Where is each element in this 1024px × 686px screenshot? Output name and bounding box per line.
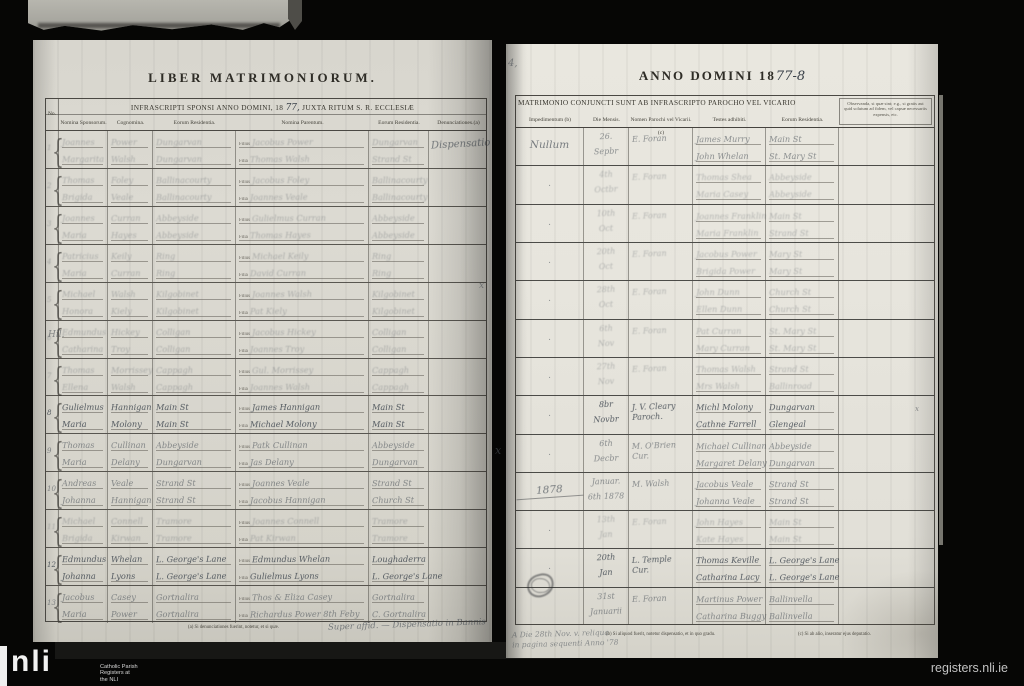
handwritten-text: Main St [156,419,189,429]
entry-line: Cappagh [372,361,424,376]
handwritten-text: Margaret Delany [696,457,767,468]
priest-cell: E. Foran [629,320,693,357]
entry-line: Abbeyside [372,209,424,224]
surname-cell: VealeHannigan [108,472,153,509]
entry-line: Ellen Dunn [696,300,761,315]
entry-line: Dungarvan [372,453,424,468]
handwritten-text: Tramore [156,533,192,543]
residence-cell: TramoreTramore [153,510,236,547]
row-number: 9 [47,447,51,455]
handwritten-text: Cappagh [372,381,409,391]
entry-line: Dungarvan [769,398,834,413]
entry-line: Gortnalira [156,605,231,620]
date-text: 6th [584,437,628,451]
entry-line: Main St [769,130,834,145]
entry-line: Hickey [111,323,148,338]
entry-line: Abbeyside [372,226,424,241]
row-number-cell: 8{ [46,396,59,433]
parents-residence-cell: LoughaderraL. George's Lane [369,548,429,585]
date-text: 13th [584,513,628,527]
handwritten-text: Michael [62,289,95,299]
handwritten-text: L. George's Lane [769,572,840,583]
handwritten-text: Brigida [62,533,93,543]
handwritten-text: C. Gortnalira [372,609,426,619]
handwritten-text: Colligan [156,343,191,353]
surname-cell: CaseyPower [108,586,153,623]
surname-cell: FoleyVeale [108,169,153,206]
priest-cell: E. Foran [629,281,693,318]
relation-label: Filius [239,180,250,185]
handwritten-text: Jas Delany [250,457,294,467]
entry-line: Veale [111,188,148,203]
handwritten-text: Ballinacourty [156,192,212,202]
entry-line: Ring [372,247,424,262]
parents-residence-cell: DungarvanStrand St [369,131,429,168]
observations-cell [839,358,936,395]
handwritten-text: Ring [372,268,391,278]
handwritten-text: Gortnalira [156,609,199,619]
entry-line: Colligan [156,323,231,338]
witness-residence-cell: Mary StMary St [766,243,839,280]
handwritten-text: Ring [372,251,391,261]
handwritten-text: Glengeal [769,419,806,429]
impediment-dot: . [516,524,583,534]
left-col-header: Nomina Parentum. [236,115,369,130]
entry-line: Cappagh [372,378,424,393]
handwritten-text: Main St [769,134,802,144]
row-number-cell: 9{ [46,434,59,471]
handwritten-text: Joannes Walsh [250,381,310,392]
handwritten-text: Jacobus Power [252,137,313,148]
priest-cell: E. Foran [629,243,693,280]
handwritten-text: Ballinvella [769,611,813,621]
impediment-cell: . [516,396,584,433]
handwritten-text: Edmundus Whelan [252,554,330,565]
surname-cell: CurranHayes [108,207,153,244]
handwritten-text: Dungarvan [769,457,815,467]
row-number-cell: 4{ [46,245,59,282]
entry-line: Kirwan [111,529,148,544]
handwritten-text: Joannes Connell [252,516,319,527]
entry-line: FiliusJacobus Hickey [239,323,364,338]
handwritten-text: L. George's Lane [156,571,227,582]
ceremony-row-1: Nullum26.SepbrE. ForanJames MurryJohn Wh… [516,128,934,165]
handwritten-text: Hayes [111,230,137,240]
entry-line: Martinus Power [696,590,761,605]
entry-line: Main St [156,398,231,413]
year-heading: 1878 [516,481,584,500]
relation-label: Filia [239,500,248,505]
handwritten-text: Strand St [156,495,196,505]
residence-cell: Main StMain St [153,396,236,433]
handwritten-text: Maria [62,230,87,240]
parents-cell: FiliusMichael KeilyFiliaDavid Curran [236,245,369,282]
observations-note-box: Observanda, si quæ sint; e.g., si gratis… [839,98,932,125]
handwritten-text: Dungarvan [372,457,418,467]
entry-line: Thomas [62,361,103,376]
entry-line: Michael Cullinan [696,437,761,452]
impediment-cell [516,588,584,625]
handwritten-text: Thomas Shea [696,172,752,182]
entry-line: St. Mary St [769,322,834,337]
priest-name: E. Foran [632,286,690,298]
ceremony-row-3: .10thOctE. ForanJoannes FranklinMaria Fr… [516,204,934,242]
right-header-band: MATRIMONIO CONJUNCTI SUNT AB INFRASCRIPT… [516,96,934,114]
entry-line: Brigida Power [696,262,761,277]
entry-line: FiliaJoannes Troy [239,340,364,355]
entry-line: Catharina [62,340,103,355]
date-text: Decbr [584,452,628,466]
band-post: JUXTA RITUM S. R. ECCLESIÆ [302,103,414,112]
impediment-dot: . [516,371,583,381]
entry-line: FiliusPatk Cullinan [239,436,364,451]
relation-label: Filia [239,462,248,467]
entry-line: Edmundus [62,323,103,338]
witnesses-cell: Michael CullinanMargaret Delany [693,435,766,472]
parents-residence-cell: KilgobinetKilgobinet [369,283,429,320]
observations-cell [839,166,936,203]
witnesses-cell: James MurryJohn Whelan [693,128,766,165]
pencil-mark: Hil. [48,330,64,340]
handwritten-text: Michael Keily [252,251,309,261]
entry-line: Jacobus [62,588,103,603]
handwritten-text: Main St [156,402,189,412]
entry-line: FiliusGul. Morrissey [239,361,364,376]
entry-line: FiliusJacobus Power [239,133,364,148]
observations-cell [839,205,936,242]
handwritten-text: Cullinan [111,440,146,450]
handwritten-text: Kilgobinet [156,306,199,316]
row-number-cell: 10{ [46,472,59,509]
relation-label: Filia [239,614,248,619]
parents-residence-cell: AbbeysideAbbeyside [369,207,429,244]
entry-line: FiliaPat Kiely [239,302,364,317]
date-text: 27th [584,360,628,374]
date-cell: 20thJan [584,549,629,586]
entry-line: Abbeyside [769,168,834,183]
entry-line: Tramore [372,529,424,544]
spouse-name-cell: JoannesMargarita [59,131,108,168]
relation-label: Filia [239,424,248,429]
impediment-dot: . [516,409,583,419]
residence-cell: AbbeysideDungarvan [153,434,236,471]
handwritten-text: Maria Franklin [696,227,759,238]
handwritten-text: Church St [769,304,811,314]
priest-cell: E. Foran [629,205,693,242]
observations-cell [839,473,936,510]
date-text: 6th 1878 [584,490,628,504]
entry-line: Main St [372,415,424,430]
witnesses-cell: Thomas KevilleCatharina Lacy [693,549,766,586]
row-number-cell: 1{ [46,131,59,168]
entry-line: Ellena [62,378,103,393]
entry-line: Strand St [156,474,231,489]
handwritten-text: Martinus Power [696,593,762,604]
date-text: Jan [584,528,628,542]
entry-line: Maria [62,605,103,620]
handwritten-text: Mary St [769,266,802,276]
residence-cell: GortnaliraGortnalira [153,586,236,623]
spouse-name-cell: ThomasMaria [59,434,108,471]
spouse-name-cell: MichaelHonora [59,283,108,320]
entry-line: FiliusJacobus Foley [239,171,364,186]
handwritten-text: Church St [372,495,414,505]
marriage-row-6: 6{EdmundusCatharinaHickeyTroyColliganCol… [46,320,486,358]
handwritten-text: Connell [111,516,143,526]
date-cell: 31stJanuarii [584,588,629,625]
handwritten-text: St. Mary St [769,151,817,161]
handwritten-text: Ellen Dunn [696,304,742,314]
entry-line: Jacobus Power [696,245,761,260]
handwritten-text: Main St [372,419,405,429]
entry-line: Michael [62,285,103,300]
entry-line: Abbeyside [156,436,231,451]
witness-residence-cell: St. Mary StSt. Mary St [766,320,839,357]
date-text: 10th [584,207,628,221]
pencil-mark: 4, [508,58,518,69]
entry-line: Cullinan [111,436,148,451]
handwritten-text: St. Mary St [769,325,817,335]
handwritten-text: Main St [769,534,802,544]
entry-line: Margaret Delany [696,454,761,469]
handwritten-text: Edmundus [62,326,106,336]
entry-line: Ballinacourty [156,171,231,186]
marriage-row-3: 3{JoannesMariaCurranHayesAbbeysideAbbeys… [46,206,486,244]
pencil-mark: x [495,444,501,457]
witness-residence-cell: AbbeysideDungarvan [766,435,839,472]
relation-label: Filia [239,349,248,354]
impediment-cell: . [516,435,584,472]
date-text: Nov [584,337,628,351]
date-text: Novbr [584,413,628,427]
handwritten-text: James Hannigan [252,402,320,413]
entry-line: L. George's Lane [769,568,834,583]
entry-line: Main St [769,530,834,545]
date-text: 20th [584,245,628,259]
right-page: ANNO DOMINI 1877-8 MATRIMONIO CONJUNCTI … [506,44,938,658]
entry-line: Morrissey [111,361,148,376]
priest-cell: M. Walsh [629,473,693,510]
handwritten-text: John Dunn [696,287,740,297]
right-col-header: Nomen Parochi vel Vicarii.(c) [629,114,693,127]
ceremony-row-6: .6thNovE. ForanPat CurranMary CurranSt. … [516,319,934,357]
observations-cell [839,320,936,357]
spouse-name-cell: ThomasEllena [59,359,108,396]
marriage-row-1: 1{JoannesMargaritaPowerWalshDungarvanDun… [46,131,486,168]
handwritten-text: Gulielmus Lyons [250,571,319,582]
row-number: 5 [47,296,51,304]
entry-line: Ring [156,247,231,262]
impediment-cell: . [516,243,584,280]
handwritten-text: Richardus Power 8th Feby [250,609,360,620]
entry-line: Dungarvan [769,454,834,469]
parents-cell: FiliusEdmundus WhelanFiliaGulielmus Lyon… [236,548,369,585]
ceremony-row-2: .4thOctbrE. ForanThomas SheaMaria CaseyA… [516,165,934,203]
entry-line: Thomas Walsh [696,360,761,375]
parents-cell: FiliusJacobus PowerFiliaThomas Walsh [236,131,369,168]
entry-line: Maria [62,453,103,468]
priest-name: E. Foran [632,248,690,260]
handwritten-text: Michael Molony [250,419,317,430]
handwritten-text: Strand St [769,479,809,489]
entry-line: FiliaJoannes Veale [239,188,364,203]
relation-label: Filius [239,559,250,564]
entry-line: Loughaderra [372,550,424,565]
date-text: Oct [584,298,628,312]
handwritten-text: Cappagh [156,381,193,391]
handwritten-text: Molony [111,419,142,429]
date-cell: 27thNov [584,358,629,395]
page-edge-sliver [939,95,943,545]
priest-name: E. Foran [632,210,690,222]
witnesses-cell: John HayesKate Hayes [693,511,766,548]
handwritten-text: Tramore [372,516,408,526]
witness-residence-cell: BallinvellaBallinvella [766,588,839,625]
row-number-cell: 3{ [46,207,59,244]
entry-line: James Murry [696,130,761,145]
handwritten-text: Michael Cullinan [696,440,767,451]
logo-caption-line: the NLI [100,677,138,683]
spouse-name-cell: PatriciusMaria [59,245,108,282]
entry-line: Michl Molony [696,398,761,413]
marriage-row-11: 11{MichaelBrigidaConnellKirwanTramoreTra… [46,509,486,547]
right-table-body: Nullum26.SepbrE. ForanJames MurryJohn Wh… [516,128,934,625]
date-text: Nov [584,375,628,389]
marriage-row-4: 4{PatriciusMariaKeilyCurranRingRingFiliu… [46,244,486,282]
residence-cell: RingRing [153,245,236,282]
entry-line: FiliaMichael Molony [239,415,364,430]
parents-residence-cell: Strand StChurch St [369,472,429,509]
witnesses-cell: Jacobus PowerBrigida Power [693,243,766,280]
entry-line: Catharina Buggy [696,607,761,622]
entry-line: Honora [62,302,103,317]
residence-cell: KilgobinetKilgobinet [153,283,236,320]
handwritten-text: Patricius [62,251,99,261]
handwritten-text: Joannes Walsh [252,288,312,299]
handwritten-text: Ballinacourty [156,175,212,185]
denunciationes-cell [429,245,488,282]
handwritten-text: Strand St [372,478,412,488]
relation-label: Filius [239,407,250,412]
entry-line: Colligan [372,323,424,338]
date-cell: Januar.6th 1878 [584,473,629,510]
handwritten-text: Gortnalira [372,592,415,602]
entry-line: Whelan [111,550,148,565]
witness-residence-cell: Strand StBallinroad [766,358,839,395]
entry-line: L. George's Lane [156,550,231,565]
entry-line: Veale [111,474,148,489]
date-cell: 26.Sepbr [584,128,629,165]
handwritten-text: Kiely [111,306,132,316]
priest-name: L. Temple Cur. [632,554,691,576]
right-footnote-b: (b) Si aliquod fuerit, notetur dispensat… [606,632,715,637]
entry-line: Casey [111,588,148,603]
handwritten-text: Thomas [62,175,95,185]
handwritten-text: Strand St [769,227,809,237]
entry-line: Maria [62,264,103,279]
handwritten-text: Delany [111,457,140,467]
priest-name: M. Walsh [632,478,690,490]
parents-residence-cell: AbbeysideDungarvan [369,434,429,471]
priest-name: E. Foran [632,171,690,183]
entry-line: Tramore [156,512,231,527]
left-table-body: 1{JoannesMargaritaPowerWalshDungarvanDun… [46,131,486,623]
witnesses-cell: Joannes FranklinMaria Franklin [693,205,766,242]
entry-line: Mrs Walsh [696,377,761,392]
handwritten-text: Abbeyside [372,213,415,223]
witness-residence-cell: Main StMain St [766,511,839,548]
handwritten-text: Michl Molony [696,402,753,412]
parents-cell: FiliusJacobus HickeyFiliaJoannes Troy [236,321,369,358]
impediment-dot: . [516,333,583,343]
parents-residence-cell: GortnaliraC. Gortnalira [369,586,429,623]
handwritten-text: Jacobus Foley [252,175,309,185]
handwritten-text: Brigida Power [696,266,755,277]
date-cell: 6thDecbr [584,435,629,472]
row-number-cell: 11{ [46,510,59,547]
impediment-cell: . [516,205,584,242]
handwritten-text: Abbeyside [769,172,812,182]
ceremony-row-7: .27thNovE. ForanThomas WalshMrs WalshStr… [516,357,934,395]
entry-line: Patricius [62,247,103,262]
witness-residence-cell: AbbeysideAbbeyside [766,166,839,203]
handwritten-text: Joannes Veale [250,192,308,203]
entry-line: Ballinacourty [372,188,424,203]
entry-line: Mary St [769,245,834,260]
entry-line: Gortnalira [372,588,424,603]
entry-line: Brigida [62,529,103,544]
relation-label: Filia [239,311,248,316]
denunciationes-cell [429,169,488,206]
right-col-header: Testes adhibiti. [693,114,766,127]
handwritten-text: Jacobus Veale [696,479,753,490]
left-page: LIBER MATRIMONIORUM. No. INFRASCRIPTI SP… [33,40,492,642]
relation-label: Filius [239,521,250,526]
entry-line: Abbeyside [372,436,424,451]
witness-residence-cell: Strand StStrand St [766,473,839,510]
entry-line: L. George's Lane [372,567,424,582]
handwritten-text: Johanna Veale [696,496,755,507]
entry-line: Kiely [111,302,148,317]
left-header-band: No. INFRASCRIPTI SPONSI ANNO DOMINI, 18 … [46,99,486,115]
handwritten-text: Jacobus [62,592,94,602]
entry-line: Connell [111,512,148,527]
relation-label: Filius [239,445,250,450]
entry-line: Colligan [372,340,424,355]
handwritten-text: Kilgobinet [372,306,415,316]
priest-cell: E. Foran [629,588,693,625]
handwritten-text: Ring [156,268,175,278]
handwritten-text: Dungarvan [769,402,815,412]
handwritten-text: Kilgobinet [156,289,199,299]
parents-residence-cell: Main StMain St [369,396,429,433]
handwritten-text: Johanna [62,495,96,505]
right-band-text: MATRIMONIO CONJUNCTI SUNT AB INFRASCRIPT… [518,98,838,107]
entry-line: FiliusMichael Keily [239,247,364,262]
entry-line: Gulielmus [62,398,103,413]
residence-cell: DungarvanDungarvan [153,131,236,168]
entry-line: Maria Casey [696,185,761,200]
spouse-name-cell: MichaelBrigida [59,510,108,547]
entry-line: Thomas Keville [696,551,761,566]
handwritten-text: Morrissey [111,364,153,374]
entry-line: Delany [111,453,148,468]
witness-residence-cell: L. George's LaneL. George's Lane [766,549,839,586]
entry-line: Church St [769,300,834,315]
relation-label: Filia [239,387,248,392]
relation-label: Filius [239,483,250,488]
entry-line: Thomas [62,171,103,186]
